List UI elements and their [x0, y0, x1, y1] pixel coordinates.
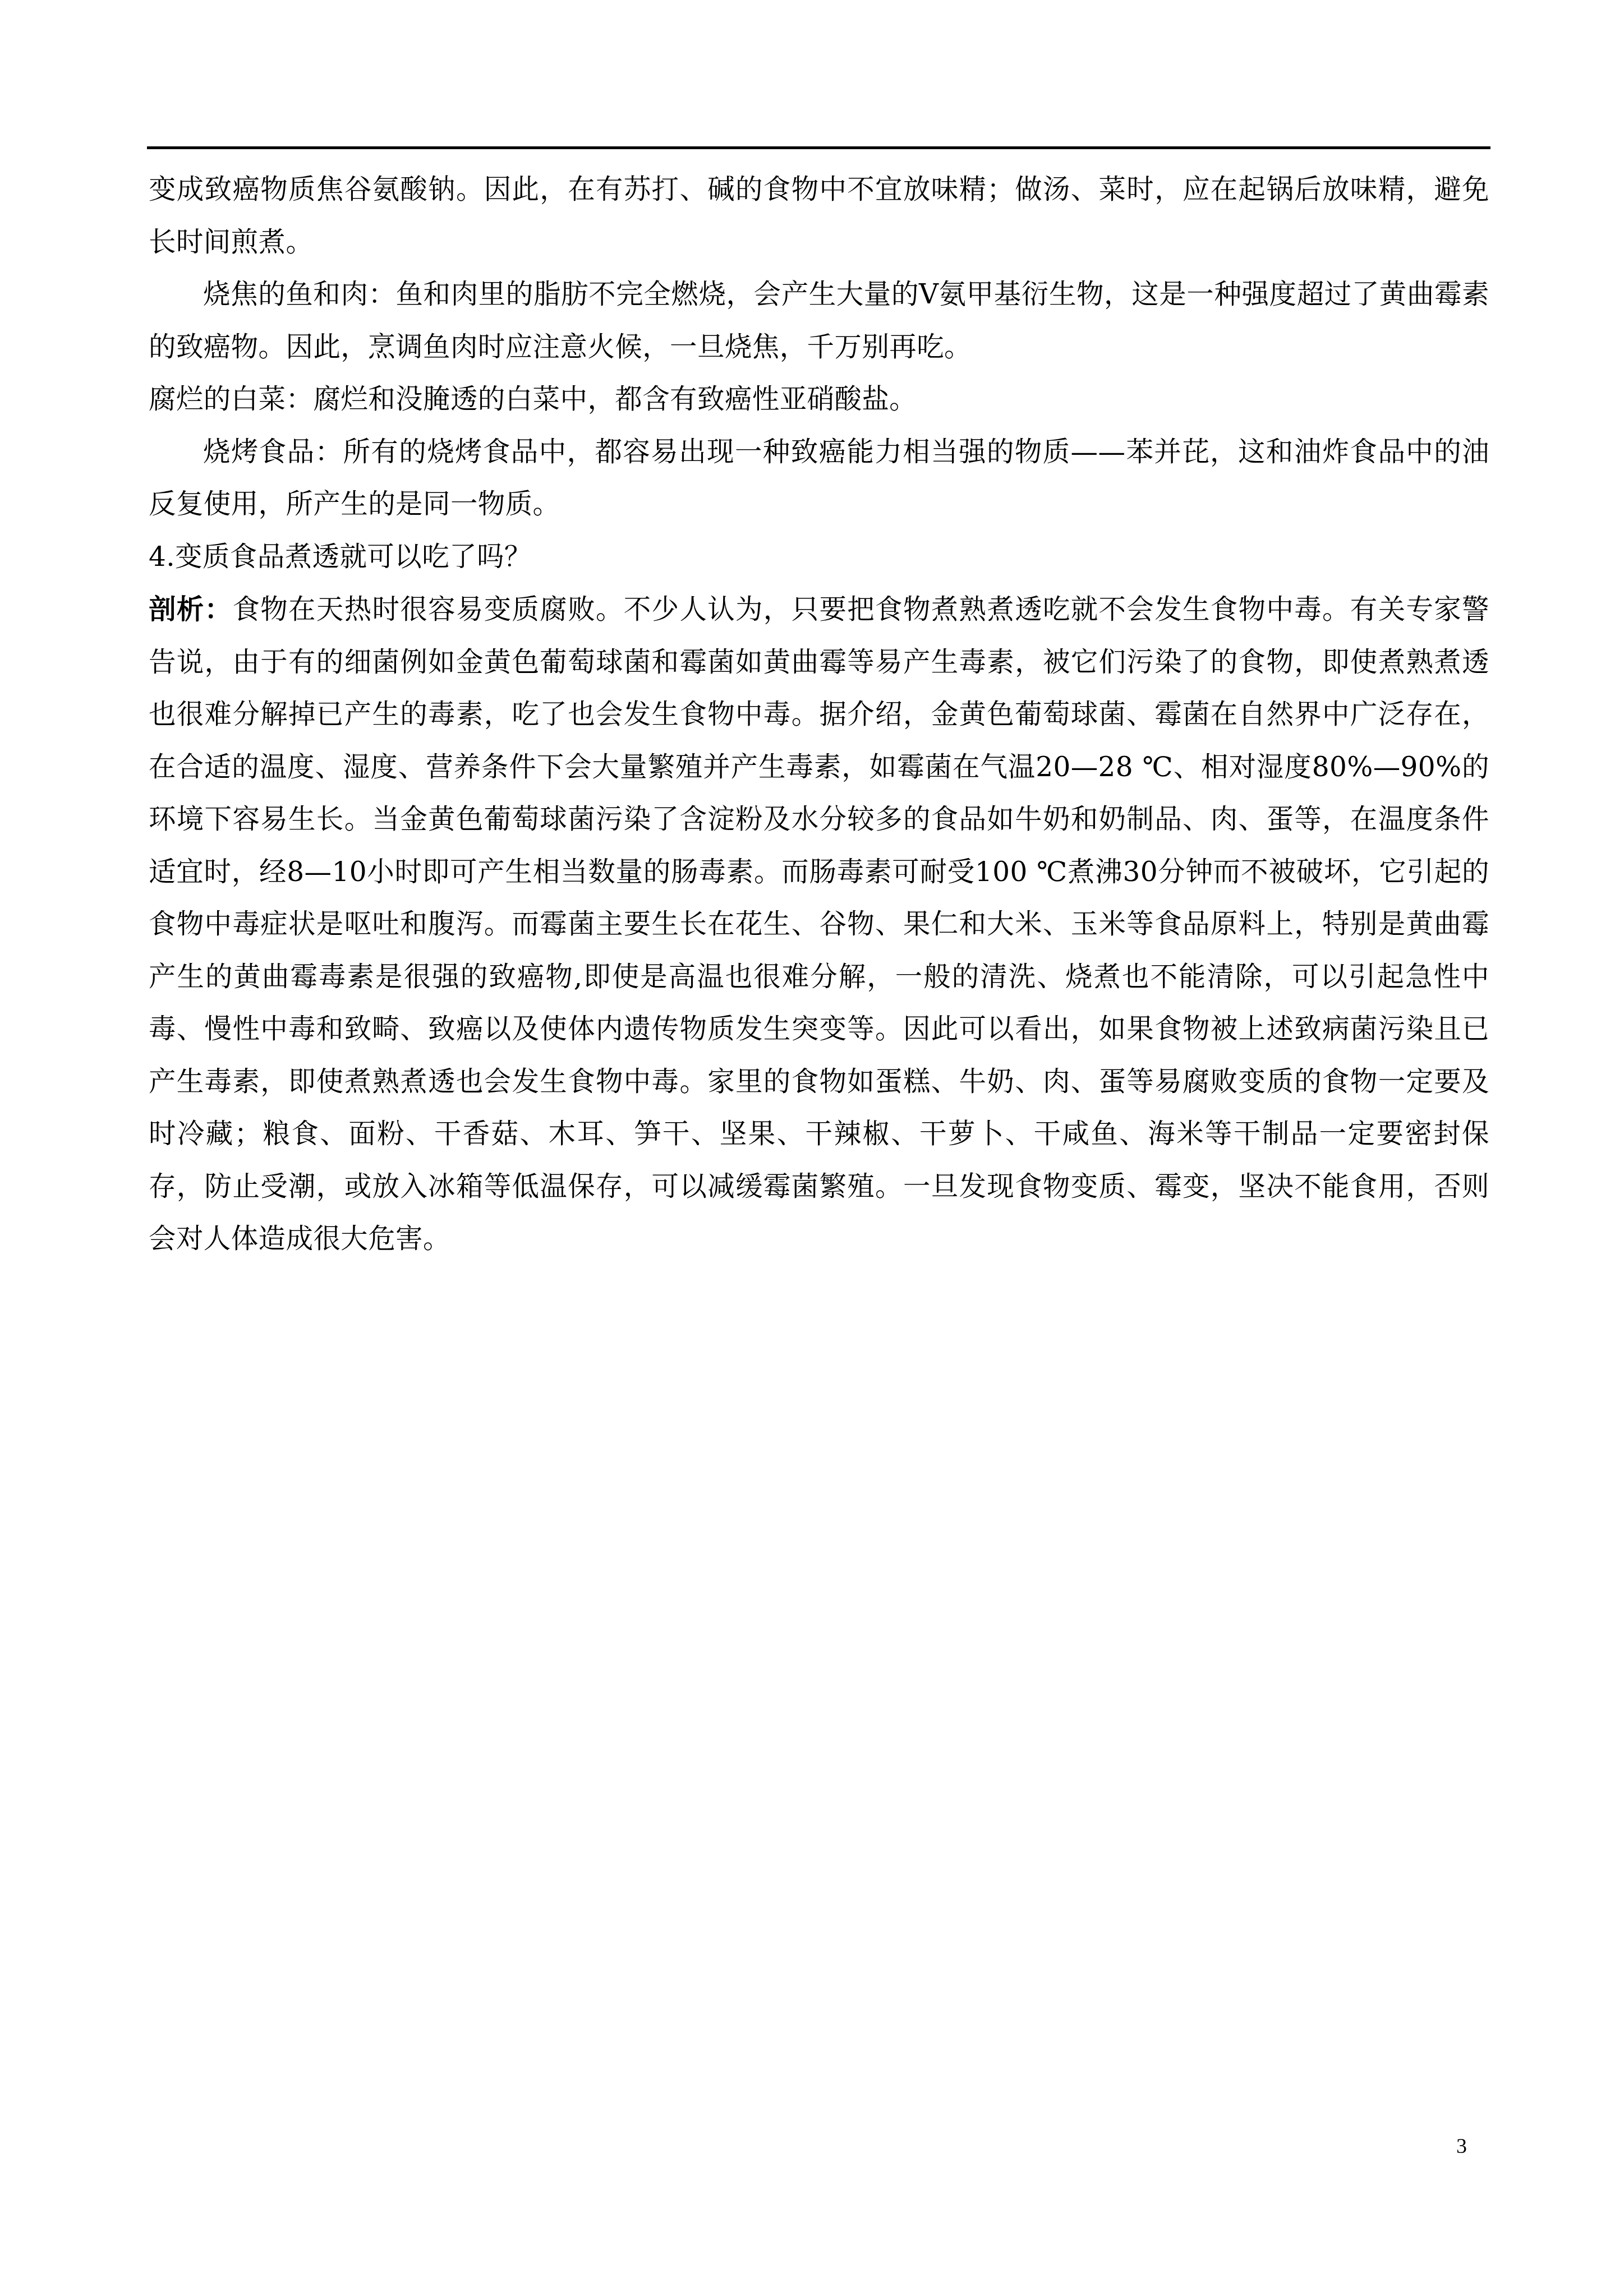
document-body: 变成致癌物质焦谷氨酸钠。因此，在有苏打、碱的食物中不宜放味精；做汤、菜时，应在起…	[149, 164, 1489, 1266]
analysis-label: 剖析：	[149, 593, 232, 625]
paragraph-analysis: 剖析：食物在天热时很容易变质腐败。不少人认为，只要把食物煮熟煮透吃就不会发生食物…	[149, 583, 1489, 1266]
question-heading-4: 4.变质食品煮透就可以吃了吗？	[149, 531, 1489, 584]
paragraph-msg-continuation: 变成致癌物质焦谷氨酸钠。因此，在有苏打、碱的食物中不宜放味精；做汤、菜时，应在起…	[149, 164, 1489, 269]
paragraph-rotten-cabbage: 腐烂的白菜：腐烂和没腌透的白菜中，都含有致癌性亚硝酸盐。	[149, 374, 1489, 426]
header-rule	[147, 146, 1490, 149]
paragraph-barbecue-food: 烧烤食品：所有的烧烤食品中，都容易出现一种致癌能力相当强的物质——苯并芘，这和油…	[149, 426, 1489, 531]
analysis-text: 食物在天热时很容易变质腐败。不少人认为，只要把食物煮熟煮透吃就不会发生食物中毒。…	[149, 594, 1489, 1255]
page-number: 3	[1456, 2134, 1467, 2159]
paragraph-burnt-fish-meat: 烧焦的鱼和肉：鱼和肉里的脂肪不完全燃烧，会产生大量的Ⅴ氨甲基衍生物，这是一种强度…	[149, 269, 1489, 374]
